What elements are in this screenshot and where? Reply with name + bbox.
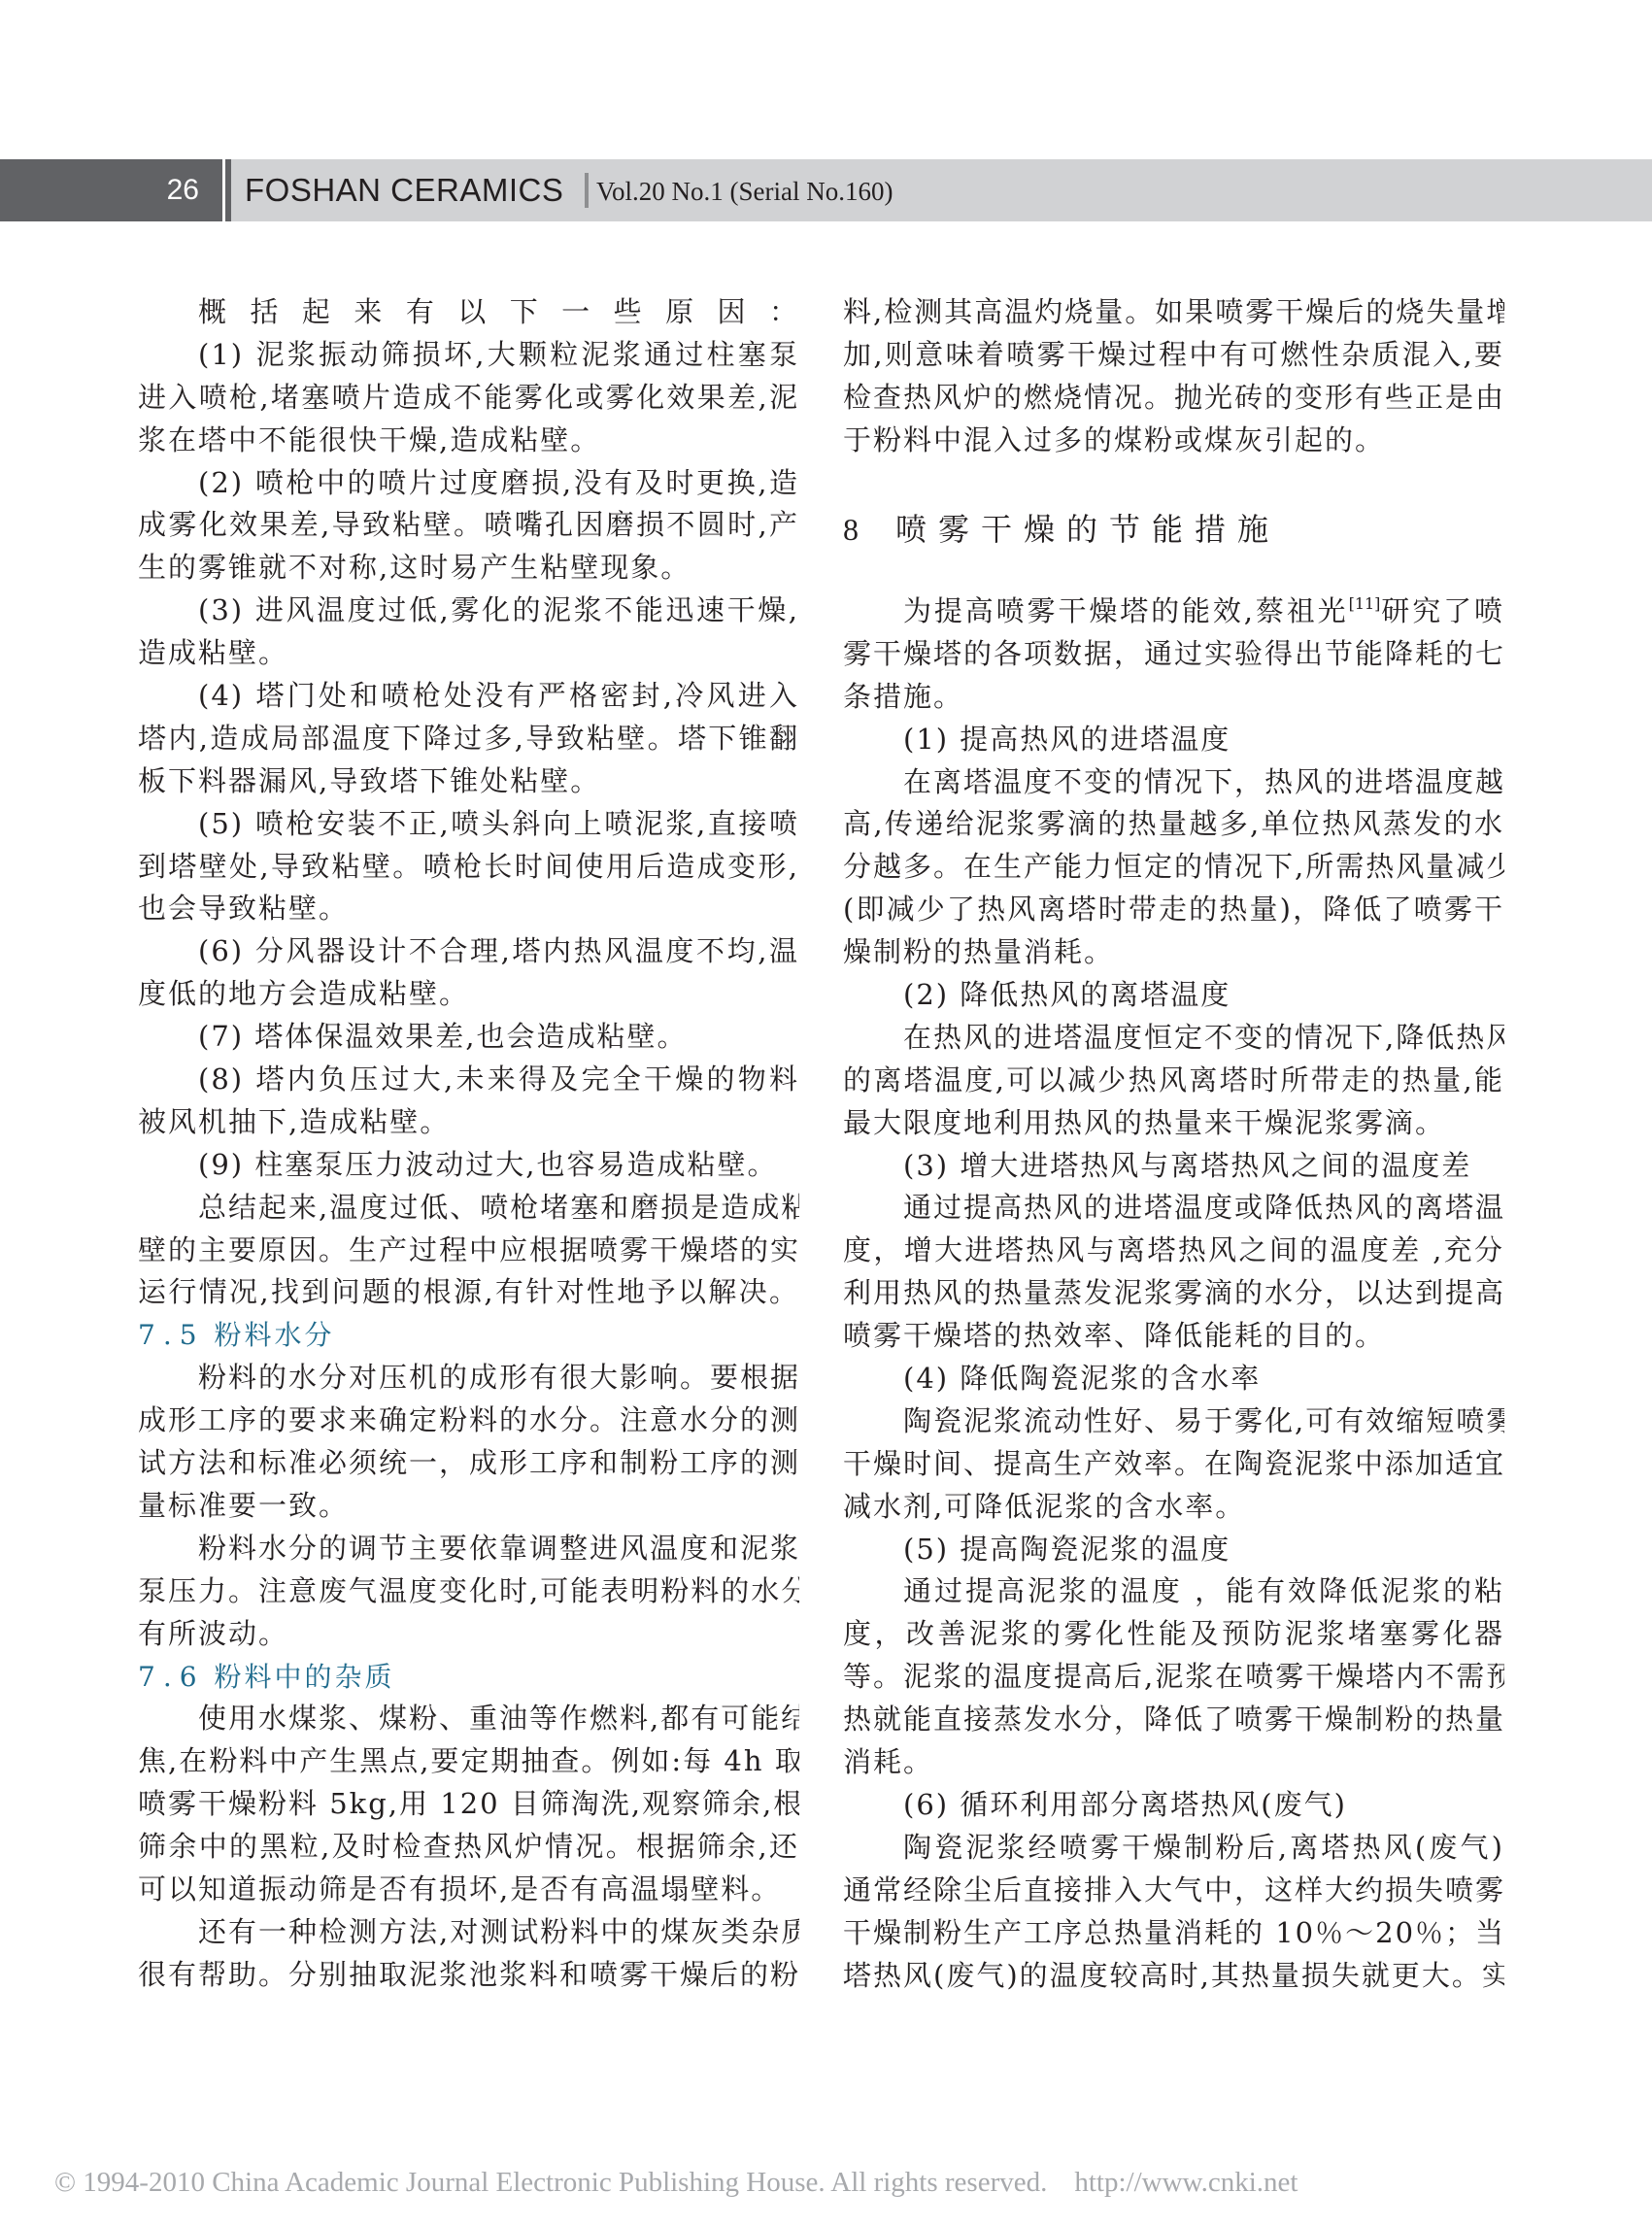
paragraph-line: 量标准要一致。 [138, 1485, 799, 1528]
paragraph-line: 通常经除尘后直接排入大气中，这样大约损失喷雾 [843, 1870, 1504, 1912]
subsection-heading: 7.6粉料中的杂质 [138, 1656, 799, 1699]
paragraph-line: 到塔壁处,导致粘壁。喷枪长时间使用后造成变形, [138, 846, 799, 889]
paragraph-line: 热就能直接蒸发水分，降低了喷雾干燥制粉的热量 [843, 1699, 1504, 1741]
paragraph-line: (6) 循环利用部分离塔热风(废气) [843, 1784, 1504, 1827]
paragraph-line: (4) 降低陶瓷泥浆的含水率 [843, 1358, 1504, 1400]
paragraph-line: 壁的主要原因。生产过程中应根据喷雾干燥塔的实际 [138, 1230, 799, 1272]
paragraph-line: 度，改善泥浆的雾化性能及预防泥浆堵塞雾化器 [843, 1613, 1504, 1656]
paragraph-line: 泵压力。注意废气温度变化时,可能表明粉料的水分 [138, 1570, 799, 1613]
paragraph-line: 很有帮助。分别抽取泥浆池浆料和喷雾干燥后的粉 [138, 1954, 799, 1997]
paragraph-line: 燥制粉的热量消耗。 [843, 931, 1504, 974]
cnki-link[interactable]: http://www.cnki.net [1074, 2167, 1298, 2198]
citation-ref[interactable]: [11] [1349, 594, 1381, 613]
paragraph-line: (即减少了热风离塔时带走的热量)，降低了喷雾干 [843, 889, 1504, 931]
paragraph-line: 的离塔温度,可以减少热风离塔时所带走的热量,能 [843, 1060, 1504, 1102]
section-title: 喷雾干燥的节能措施 [895, 511, 1280, 548]
subsection-number: 7.6 [138, 1661, 205, 1693]
paragraph-line: 料,检测其高温灼烧量。如果喷雾干燥后的烧失量增 [843, 291, 1504, 334]
paragraph-line: 检查热风炉的燃烧情况。抛光砖的变形有些正是由 [843, 377, 1504, 420]
header-strip [225, 159, 231, 221]
right-column-body: 为提高喷雾干燥塔的能效,蔡祖光[11]研究了喷 雾干燥塔的各项数据，通过实验得出… [843, 590, 1504, 1997]
paragraph-line: (3) 增大进塔热风与离塔热风之间的温度差 [843, 1145, 1504, 1188]
paragraph-line: (1) 提高热风的进塔温度 [843, 719, 1504, 761]
copyright-footer: © 1994-2010 China Academic Journal Elect… [54, 2166, 1298, 2199]
copyright-text: © 1994-2010 China Academic Journal Elect… [54, 2167, 1047, 2198]
paragraph-line: (5) 提高陶瓷泥浆的温度 [843, 1529, 1504, 1571]
paragraph-line: 粉料水分的调节主要依靠调整进风温度和泥浆 [138, 1528, 799, 1570]
paragraph-line: 加,则意味着喷雾干燥过程中有可燃性杂质混入,要 [843, 334, 1504, 377]
paragraph-line: 焦,在粉料中产生黑点,要定期抽查。例如:每 4h 取 [138, 1740, 799, 1783]
paragraph-line: 最大限度地利用热风的热量来干燥泥浆雾滴。 [843, 1102, 1504, 1145]
paragraph-line: 条措施。 [843, 676, 1504, 719]
paragraph-line: (2) 喷枪中的喷片过度磨损,没有及时更换,造 [138, 462, 799, 505]
paragraph-line: 陶瓷泥浆经喷雾干燥制粉后,离塔热风(废气) [843, 1827, 1504, 1870]
paragraph-line: (3) 进风温度过低,雾化的泥浆不能迅速干燥, [138, 590, 799, 632]
page-number: 26 [167, 173, 199, 208]
subsection-title: 粉料水分 [215, 1319, 335, 1351]
journal-title: FOSHAN CERAMICS [245, 172, 563, 209]
paragraph-line: 等。泥浆的温度提高后,泥浆在喷雾干燥塔内不需预 [843, 1656, 1504, 1699]
paragraph-line: 被风机抽下,造成粘壁。 [138, 1101, 799, 1144]
paragraph-line: 成雾化效果差,导致粘壁。喷嘴孔因磨损不圆时,产 [138, 504, 799, 547]
paragraph-line: 总结起来,温度过低、喷枪堵塞和磨损是造成粘 [138, 1187, 799, 1230]
left-column: 概括起来有以下一些原因：(1) 泥浆振动筛损坏,大颗粒泥浆通过柱塞泵进入喷枪,堵… [138, 291, 799, 1997]
paragraph-line: (6) 分风器设计不合理,塔内热风温度不均,温 [138, 930, 799, 973]
paragraph-line: 于粉料中混入过多的煤粉或煤灰引起的。 [843, 420, 1504, 462]
paragraph-line: 筛余中的黑粒,及时检查热风炉情况。根据筛余,还 [138, 1826, 799, 1869]
paragraph-line: 还有一种检测方法,对测试粉料中的煤灰类杂质 [138, 1911, 799, 1954]
paragraph-line: (4) 塔门处和喷枪处没有严格密封,冷风进入 [138, 675, 799, 718]
paragraph-line: 在热风的进塔温度恒定不变的情况下,降低热风 [843, 1017, 1504, 1060]
paragraph-line: (9) 柱塞泵压力波动过大,也容易造成粘壁。 [138, 1144, 799, 1187]
paragraph-line: 使用水煤浆、煤粉、重油等作燃料,都有可能结 [138, 1698, 799, 1740]
paragraph-line: 通过提高热风的进塔温度或降低热风的离塔温 [843, 1187, 1504, 1230]
paragraph-line: 为提高喷雾干燥塔的能效,蔡祖光[11]研究了喷 [843, 590, 1504, 633]
paragraph-line: 塔内,造成局部温度下降过多,导致粘壁。塔下锥翻 [138, 718, 799, 760]
paragraph-line: 也会导致粘壁。 [138, 888, 799, 930]
paragraph-line: 有所波动。 [138, 1613, 799, 1656]
paragraph-line: 消耗。 [843, 1741, 1504, 1784]
running-header: 26 FOSHAN CERAMICS Vol.20 No.1 (Serial N… [0, 159, 1652, 221]
paragraph-line: 干燥制粉生产工序总热量消耗的 10％～20％；当离 [843, 1912, 1504, 1955]
paragraph-line: 概括起来有以下一些原因： [138, 291, 799, 334]
paragraph-line: 可以知道振动筛是否有损坏,是否有高温塌壁料。 [138, 1869, 799, 1911]
paragraph-line: (5) 喷枪安装不正,喷头斜向上喷泥浆,直接喷 [138, 803, 799, 846]
paragraph-line: (1) 泥浆振动筛损坏,大颗粒泥浆通过柱塞泵 [138, 334, 799, 377]
paragraph-line: 度，增大进塔热风与离塔热风之间的温度差 ,充分 [843, 1230, 1504, 1272]
paragraph-line: 干燥时间、提高生产效率。在陶瓷泥浆中添加适宜的 [843, 1443, 1504, 1486]
paragraph-line: 分越多。在生产能力恒定的情况下,所需热风量减少 [843, 846, 1504, 889]
paragraph-line: 塔热风(废气)的温度较高时,其热量损失就更大。实 [843, 1955, 1504, 1998]
paragraph-line: 在离塔温度不变的情况下，热风的进塔温度越 [843, 761, 1504, 804]
paragraph-line: 雾干燥塔的各项数据，通过实验得出节能降耗的七 [843, 633, 1504, 676]
paragraph-line: 造成粘壁。 [138, 632, 799, 675]
subsection-number: 7.5 [138, 1319, 205, 1351]
paragraph-line: (8) 塔内负压过大,未来得及完全干燥的物料 [138, 1059, 799, 1101]
page-number-block: 26 [0, 159, 222, 221]
section-heading-8: 8喷雾干燥的节能措施 [843, 507, 1280, 552]
paragraph-line: 运行情况,找到问题的根源,有针对性地予以解决。 [138, 1271, 799, 1314]
paragraph-line: 度低的地方会造成粘壁。 [138, 973, 799, 1016]
paragraph-line: 生的雾锥就不对称,这时易产生粘壁现象。 [138, 547, 799, 590]
issue-info: Vol.20 No.1 (Serial No.160) [596, 175, 893, 208]
right-column-top: 料,检测其高温灼烧量。如果喷雾干燥后的烧失量增加,则意味着喷雾干燥过程中有可燃性… [843, 291, 1504, 462]
paragraph-line: 浆在塔中不能很快干燥,造成粘壁。 [138, 420, 799, 462]
paragraph-line: (7) 塔体保温效果差,也会造成粘壁。 [138, 1016, 799, 1059]
subsection-title: 粉料中的杂质 [215, 1661, 395, 1693]
paragraph-line: 高,传递给泥浆雾滴的热量越多,单位热风蒸发的水 [843, 803, 1504, 846]
subsection-heading: 7.5粉料水分 [138, 1314, 799, 1357]
paragraph-line: (2) 降低热风的离塔温度 [843, 974, 1504, 1017]
paragraph-line: 减水剂,可降低泥浆的含水率。 [843, 1486, 1504, 1529]
paragraph-line: 喷雾干燥粉料 5kg,用 120 目筛淘洗,观察筛余,根据 [138, 1783, 799, 1826]
paragraph-line: 成形工序的要求来确定粉料的水分。注意水分的测 [138, 1400, 799, 1442]
header-divider [585, 173, 589, 208]
paragraph-line: 粉料的水分对压机的成形有很大影响。要根据 [138, 1357, 799, 1400]
section-number: 8 [843, 512, 859, 547]
paragraph-line: 陶瓷泥浆流动性好、易于雾化,可有效缩短喷雾 [843, 1400, 1504, 1443]
paragraph-line: 板下料器漏风,导致塔下锥处粘壁。 [138, 760, 799, 803]
paragraph-line: 通过提高泥浆的温度 ，能有效降低泥浆的粘 [843, 1570, 1504, 1613]
paragraph-line: 试方法和标准必须统一，成形工序和制粉工序的测 [138, 1442, 799, 1485]
paragraph-line: 喷雾干燥塔的热效率、降低能耗的目的。 [843, 1315, 1504, 1358]
paragraph-line: 利用热风的热量蒸发泥浆雾滴的水分，以达到提高 [843, 1272, 1504, 1315]
paragraph-line: 进入喷枪,堵塞喷片造成不能雾化或雾化效果差,泥 [138, 377, 799, 420]
